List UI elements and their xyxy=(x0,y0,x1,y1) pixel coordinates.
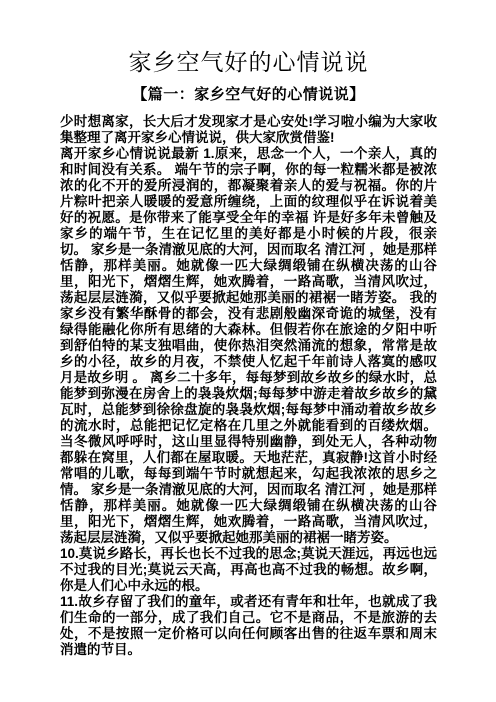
document-page: 家乡空气好的心情说说 【篇一：家乡空气好的心情说说】 少时想离家，长大后才发现家… xyxy=(0,0,496,702)
document-body: 少时想离家，长大后才发现家才是心安处!学习啦小编为大家收集整理了离开家乡心情说说… xyxy=(60,114,437,658)
body-paragraph: 10.莫说乡路长，再长也长不过我的思念;莫说天涯远，再远也远不过我的目光;莫说云… xyxy=(60,546,437,594)
page-title: 家乡空气好的心情说说 xyxy=(60,44,437,77)
page-subtitle: 【篇一：家乡空气好的心情说说】 xyxy=(60,83,437,104)
body-paragraph: 离开家乡心情说说最新 1.原来，思念一个人，一个亲人，真的和时间没有关系。 端午… xyxy=(60,146,437,546)
body-paragraph: 少时想离家，长大后才发现家才是心安处!学习啦小编为大家收集整理了离开家乡心情说说… xyxy=(60,114,437,146)
body-paragraph: 11.故乡存留了我们的童年，或者还有青年和壮年，也就成了我们生命的一部分，成了我… xyxy=(60,594,437,658)
